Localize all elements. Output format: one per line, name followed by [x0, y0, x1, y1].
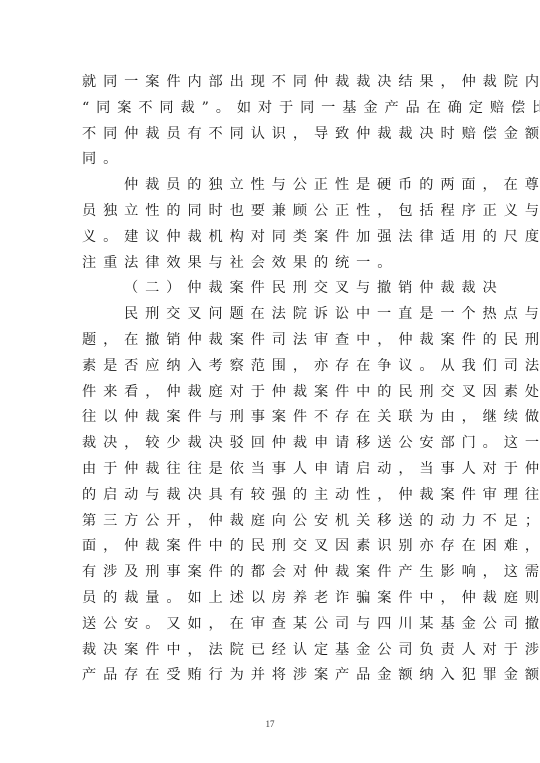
- text-line: 送公安。又如，在审查某公司与四川某基金公司撤销仲裁: [82, 612, 446, 638]
- text-line: 员的裁量。如上述以房养老诈骗案件中，仲裁庭则没有移: [82, 586, 446, 612]
- text-line: 不同仲裁员有不同认识，导致仲裁裁决时赔偿金额大不相: [82, 122, 446, 148]
- text-line: 第三方公开，仲裁庭向公安机关移送的动力不足；另一方: [82, 509, 446, 535]
- text-line: 由于仲裁往往是依当事人申请启动，当事人对于仲裁程序: [82, 457, 446, 483]
- text-line: 就同一案件内部出现不同仲裁裁决结果，仲裁院内部的: [82, 70, 446, 96]
- document-page-body: 就同一案件内部出现不同仲裁裁决结果，仲裁院内部的 “同案不同裁”。如对于同一基金…: [82, 70, 446, 689]
- text-line: 义。建议仲裁机构对同类案件加强法律适用的尺度把握，: [82, 225, 446, 251]
- text-line: “同案不同裁”。如对于同一基金产品在确定赔偿比例，: [82, 96, 446, 122]
- text-line: 件来看，仲裁庭对于仲裁案件中的民刑交叉因素处理，往: [82, 380, 446, 406]
- text-line: 裁决，较少裁决驳回仲裁申请移送公安部门。这一方面，: [82, 431, 446, 457]
- text-line: 面，仲裁案件中的民刑交叉因素识别亦存在困难，并非所: [82, 534, 446, 560]
- page-number: 17: [0, 719, 540, 729]
- text-line: 裁决案件中，法院已经认定基金公司负责人对于涉案基金: [82, 638, 446, 664]
- text-line: 同。: [82, 147, 446, 173]
- text-line: 题，在撤销仲裁案件司法审查中，仲裁案件的民刑交叉因: [82, 328, 446, 354]
- text-line: 产品存在受贿行为并将涉案产品金额纳入犯罪金额计算，: [82, 663, 446, 689]
- text-line: 注重法律效果与社会效果的统一。: [82, 251, 446, 277]
- section-heading: （二）仲裁案件民刑交叉与撤销仲裁裁决: [82, 276, 446, 302]
- paragraph-first-line: 民刑交叉问题在法院诉讼中一直是一个热点与难点问: [82, 302, 446, 328]
- text-line: 素是否应纳入考察范围，亦存在争议。从我们司法审查案: [82, 354, 446, 380]
- paragraph-first-line: 仲裁员的独立性与公正性是硬币的两面，在尊重仲裁: [82, 173, 446, 199]
- text-line: 有涉及刑事案件的都会对仲裁案件产生影响，这需要仲裁: [82, 560, 446, 586]
- text-line: 的启动与裁决具有较强的主动性，仲裁案件审理往往不对: [82, 483, 446, 509]
- text-line: 往以仲裁案件与刑事案件不存在关联为由，继续做出仲裁: [82, 405, 446, 431]
- text-line: 员独立性的同时也要兼顾公正性，包括程序正义与实体正: [82, 199, 446, 225]
